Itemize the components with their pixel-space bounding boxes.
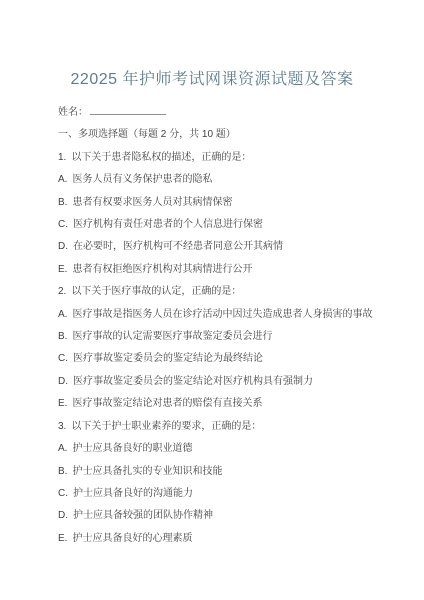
option-row: A.护士应具备良好的职业道德 xyxy=(58,438,394,460)
page-title: 22025 年护师考试网课资源试题及答案 xyxy=(0,0,424,91)
option-row: C.护士应具备良好的沟通能力 xyxy=(58,483,394,505)
option-row: C.医疗机构有责任对患者的个人信息进行保密 xyxy=(58,214,394,236)
option-letter: A. xyxy=(58,169,67,191)
option-text: 医疗事故鉴定委员会的鉴定结论对医疗机构具有强制力 xyxy=(73,376,313,387)
option-text: 患者有权拒绝医疗机构对其病情进行公开 xyxy=(72,264,252,275)
option-text: 医疗机构有责任对患者的个人信息进行保密 xyxy=(73,219,263,230)
option-letter: D. xyxy=(58,505,68,527)
question-text: 以下关于患者隐私权的描述，正确的是： xyxy=(71,152,251,163)
name-row: 姓名： xyxy=(58,102,394,124)
question-stem: 3.以下关于护士职业素养的要求，正确的是： xyxy=(58,416,394,438)
option-row: B.患者有权要求医务人员对其病情保密 xyxy=(58,192,394,214)
option-row: A.医务人员有义务保护患者的隐私 xyxy=(58,169,394,191)
exam-document-page: 22025 年护师考试网课资源试题及答案 姓名： 一、多项选择题（每题 2 分，… xyxy=(0,0,424,600)
option-row: D.在必要时，医疗机构可不经患者同意公开其病情 xyxy=(58,236,394,258)
option-letter: C. xyxy=(58,483,68,505)
option-text: 护士应具备良好的沟通能力 xyxy=(73,488,193,499)
question-text: 以下关于医疗事故的认定，正确的是： xyxy=(71,286,241,297)
option-letter: D. xyxy=(58,371,68,393)
option-letter: E. xyxy=(58,528,67,550)
option-letter: B. xyxy=(58,326,67,348)
option-row: E.患者有权拒绝医疗机构对其病情进行公开 xyxy=(58,259,394,281)
option-text: 在必要时，医疗机构可不经患者同意公开其病情 xyxy=(73,241,283,252)
option-letter: A. xyxy=(58,304,67,326)
option-row: A.医疗事故是指医务人员在诊疗活动中因过失造成患者人身损害的事故 xyxy=(58,304,394,326)
name-label: 姓名： xyxy=(58,107,88,118)
option-text: 护士应具备扎实的专业知识和技能 xyxy=(72,466,222,477)
option-text: 患者有权要求医务人员对其病情保密 xyxy=(72,197,232,208)
option-row: E.医疗事故鉴定结论对患者的赔偿有直接关系 xyxy=(58,393,394,415)
option-letter: B. xyxy=(58,192,67,214)
question-text: 以下关于护士职业素养的要求，正确的是： xyxy=(71,421,261,432)
option-row: D.医疗事故鉴定委员会的鉴定结论对医疗机构具有强制力 xyxy=(58,371,394,393)
option-letter: A. xyxy=(58,438,67,460)
option-letter: E. xyxy=(58,259,67,281)
option-text: 医务人员有义务保护患者的隐私 xyxy=(72,174,212,185)
option-text: 护士应具备良好的心理素质 xyxy=(72,533,192,544)
option-text: 医疗事故是指医务人员在诊疗活动中因过失造成患者人身损害的事故 xyxy=(72,309,372,320)
document-body: 姓名： 一、多项选择题（每题 2 分，共 10 题） 1.以下关于患者隐私权的描… xyxy=(0,102,424,550)
question-number: 1. xyxy=(58,147,66,169)
question-number: 2. xyxy=(58,281,66,303)
question-number: 3. xyxy=(58,416,66,438)
option-letter: C. xyxy=(58,348,68,370)
question-stem: 1.以下关于患者隐私权的描述，正确的是： xyxy=(58,147,394,169)
option-row: D.护士应具备较强的团队协作精神 xyxy=(58,505,394,527)
option-text: 医疗事故鉴定委员会的鉴定结论为最终结论 xyxy=(73,353,263,364)
option-letter: D. xyxy=(58,236,68,258)
option-text: 护士应具备较强的团队协作精神 xyxy=(73,510,213,521)
option-row: B.医疗事故的认定需要医疗事故鉴定委员会进行 xyxy=(58,326,394,348)
option-letter: E. xyxy=(58,393,67,415)
option-row: B.护士应具备扎实的专业知识和技能 xyxy=(58,461,394,483)
section-heading: 一、多项选择题（每题 2 分，共 10 题） xyxy=(58,124,394,146)
option-row: E.护士应具备良好的心理素质 xyxy=(58,528,394,550)
option-text: 护士应具备良好的职业道德 xyxy=(72,443,192,454)
option-row: C.医疗事故鉴定委员会的鉴定结论为最终结论 xyxy=(58,348,394,370)
option-letter: B. xyxy=(58,461,67,483)
question-stem: 2.以下关于医疗事故的认定，正确的是： xyxy=(58,281,394,303)
option-letter: C. xyxy=(58,214,68,236)
option-text: 医疗事故鉴定结论对患者的赔偿有直接关系 xyxy=(72,398,262,409)
name-blank-field xyxy=(90,104,166,115)
option-text: 医疗事故的认定需要医疗事故鉴定委员会进行 xyxy=(72,331,272,342)
